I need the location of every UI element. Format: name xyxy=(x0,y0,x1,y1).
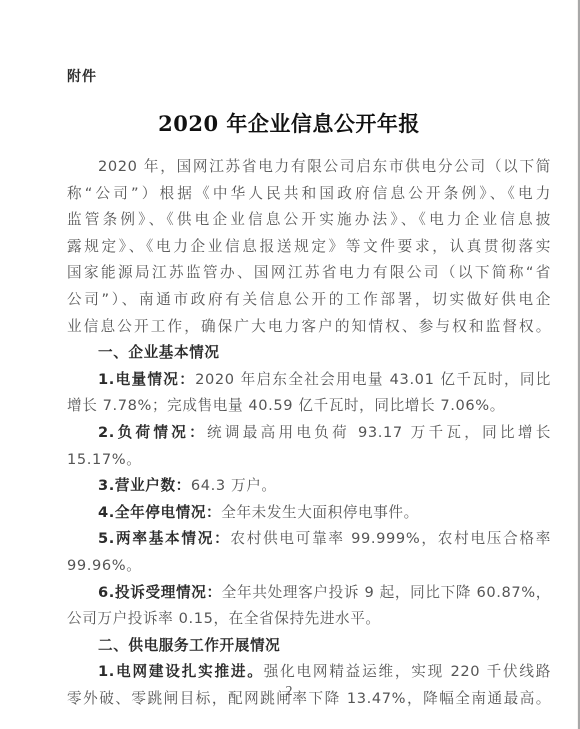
item-label: 1.电网建设扎实推进。 xyxy=(98,663,264,680)
intro-line: 公司”）、南通市政府有关信息公开的工作部署，切实做好供电企 xyxy=(67,287,551,314)
item-complaints: 6.投诉受理情况：全年共处理客户投诉 9 起，同比下降 60.87%， 公司万户… xyxy=(67,580,551,633)
item-text: 15.17%。 xyxy=(67,447,551,474)
item-outage: 4.全年停电情况：全年未发生大面积停电事件。 xyxy=(67,500,551,527)
item-label: 6.投诉受理情况： xyxy=(98,584,222,601)
item-text: 公司万户投诉率 0.15，在全省保持先进水平。 xyxy=(67,606,551,633)
item-text: 全年共处理客户投诉 9 起，同比下降 60.87%， xyxy=(222,584,551,601)
item-load: 2.负荷情况：统调最高用电负荷 93.17 万千瓦，同比增长 15.17%。 xyxy=(67,420,551,473)
item-text: 强化电网精益运维，实现 220 千伏线路 xyxy=(264,663,551,680)
intro-line: 国家能源局江苏监管办、国网江苏省电力有限公司（以下简称“省 xyxy=(67,260,551,287)
section-heading-basic-info: 一、企业基本情况 xyxy=(67,340,551,367)
intro-line: 称“公司”）根据《中华人民共和国政府信息公开条例》、《电力 xyxy=(67,181,551,208)
item-electricity: 1.电量情况：2020 年启东全社会用电量 43.01 亿千瓦时，同比 增长 7… xyxy=(67,367,551,420)
item-text: 农村供电可靠率 99.999%，农村电压合格率 xyxy=(230,530,551,547)
item-two-rates: 5.两率基本情况：农村供电可靠率 99.999%，农村电压合格率 99.96%。 xyxy=(67,526,551,579)
item-text: 全年未发生大面积停电事件。 xyxy=(221,504,419,521)
intro-line: 露规定》、《电力企业信息报送规定》等文件要求，认真贯彻落实 xyxy=(67,234,551,261)
item-text: 64.3 万户。 xyxy=(191,477,277,494)
item-label: 4.全年停电情况： xyxy=(98,504,221,521)
intro-line: 监管条例》、《供电企业信息公开实施办法》、《电力企业信息披 xyxy=(67,207,551,234)
item-text: 99.96%。 xyxy=(67,553,551,580)
item-label: 2.负荷情况： xyxy=(98,424,207,441)
item-text: 2020 年启东全社会用电量 43.01 亿千瓦时，同比 xyxy=(195,371,551,388)
intro-paragraph: 2020 年，国网江苏省电力有限公司启东市供电分公司（以下简 称“公司”）根据《… xyxy=(67,154,551,340)
item-label: 3.营业户数： xyxy=(98,477,191,494)
item-text: 增长 7.78%；完成售电量 40.59 亿千瓦时，同比增长 7.06%。 xyxy=(67,393,551,420)
page-number: 2 xyxy=(0,684,578,700)
item-label: 5.两率基本情况： xyxy=(98,530,230,547)
document-title: 2020 年企业信息公开年报 xyxy=(0,108,578,138)
section-heading-service: 二、供电服务工作开展情况 xyxy=(67,633,551,660)
intro-line: 2020 年，国网江苏省电力有限公司启东市供电分公司（以下简 xyxy=(67,154,551,181)
intro-line: 业信息公开工作，确保广大电力客户的知情权、参与权和监督权。 xyxy=(67,314,551,341)
item-label: 1.电量情况： xyxy=(98,371,195,388)
document-body: 2020 年，国网江苏省电力有限公司启东市供电分公司（以下简 称“公司”）根据《… xyxy=(67,154,551,712)
item-text: 统调最高用电负荷 93.17 万千瓦，同比增长 xyxy=(207,424,551,441)
item-customers: 3.营业户数：64.3 万户。 xyxy=(67,473,551,500)
attachment-label: 附件 xyxy=(67,66,97,86)
